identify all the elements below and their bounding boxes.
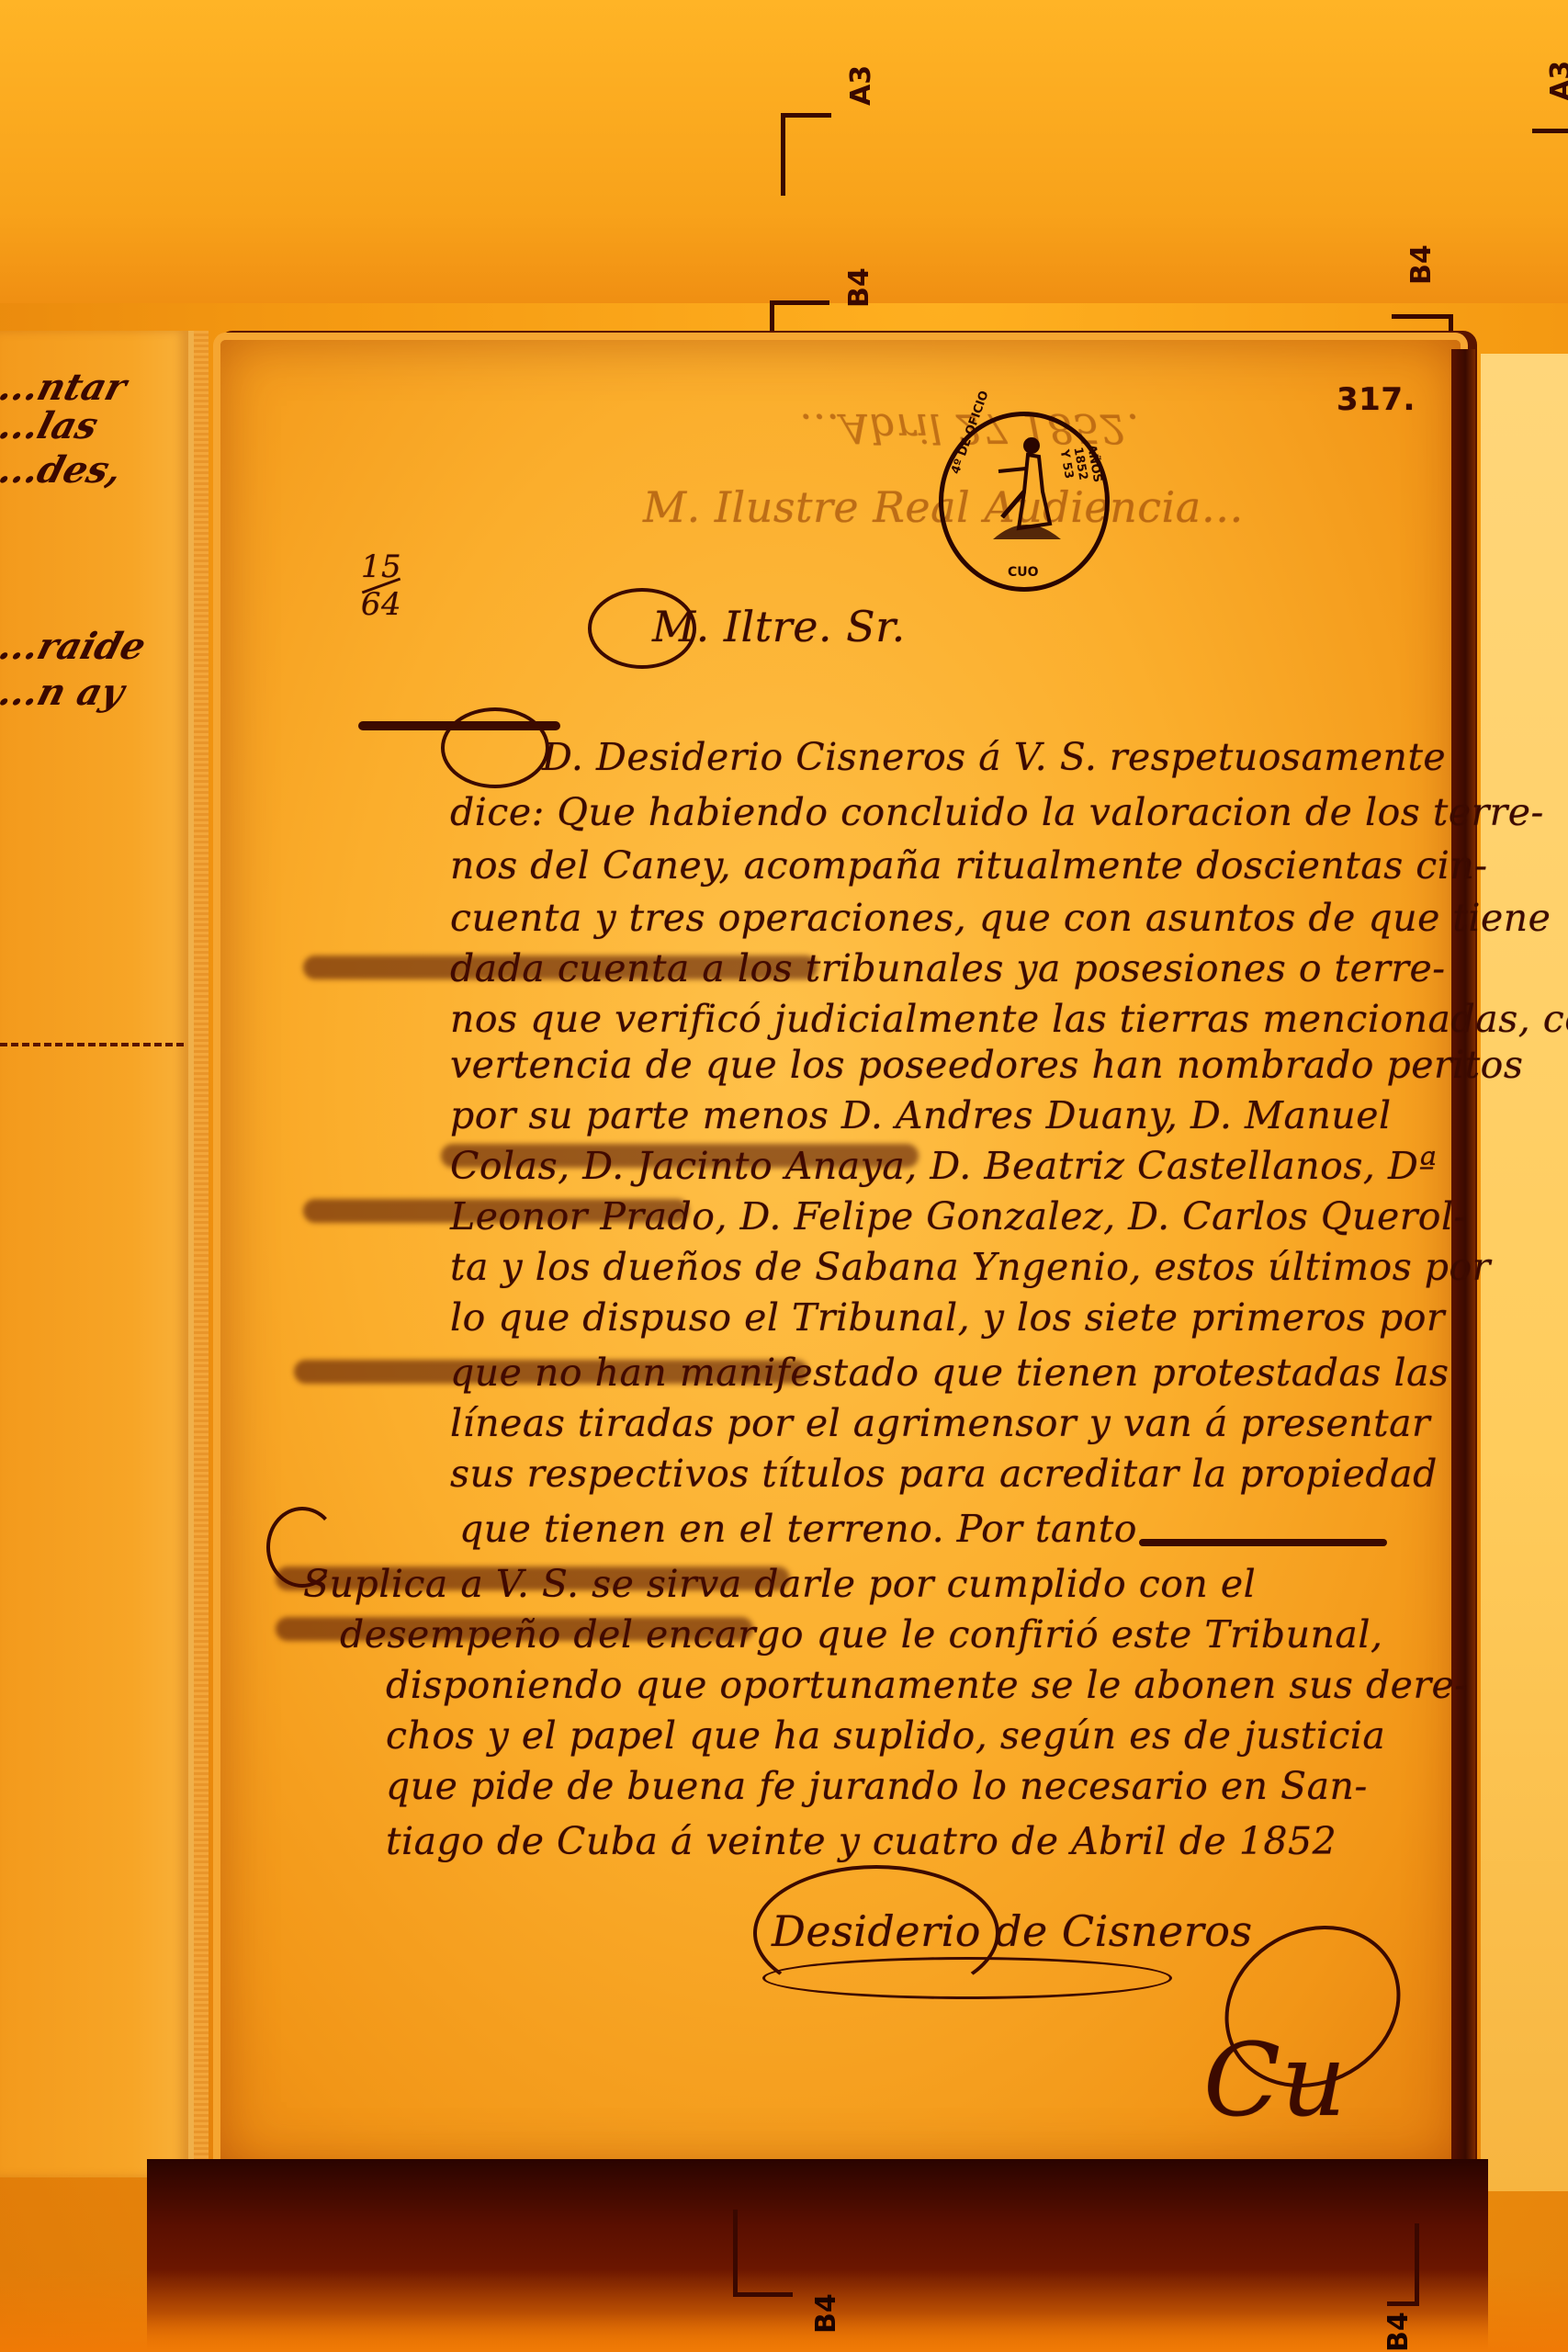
marker-label-b4-right: B4 (1405, 244, 1438, 285)
rubric: Cu (1203, 2021, 1347, 2139)
ink-bleed (441, 1144, 919, 1168)
body-line: que tienen en el terreno. Por tanto (459, 1507, 1137, 1551)
left-page-fragment: ...des, (0, 448, 127, 492)
body-line: chos y el papel que ha suplido, según es… (386, 1713, 1385, 1758)
opening-initial-flourish (441, 707, 549, 788)
photo-stage: A3 B4 A3 B4 ...ntar ...las ...des, ...ra… (0, 0, 1568, 2352)
body-line: dice: Que habiendo concluido la valoraci… (450, 790, 1544, 834)
opening-stroke (358, 721, 560, 730)
body-line: cuenta y tres operaciones, que con asunt… (450, 896, 1551, 940)
body-line: nos que verificó judicialmente las tierr… (450, 997, 1568, 1041)
marker-label-a3-right: A3 (1545, 61, 1568, 101)
facing-page-edge (194, 331, 209, 2177)
marker-bracket-bottom-left (733, 2210, 793, 2297)
body-line: ta y los dueños de Sabana Yngenio, estos… (450, 1245, 1491, 1289)
body-line: líneas tiradas por el agrimensor y van á… (450, 1401, 1430, 1445)
signature: Desiderio de Cisneros (772, 1906, 1253, 1956)
facing-page-left (0, 331, 194, 2177)
left-page-fragment: ...raide (0, 625, 151, 668)
body-line: vertencia de que los poseedores han nomb… (450, 1043, 1523, 1087)
marker-label-b4-bottom-left: B4 (810, 2293, 842, 2334)
salutation: M. Iltre. Sr. (652, 602, 906, 651)
ink-bleed (276, 1617, 753, 1641)
body-line: tiago de Cuba á veinte y cuatro de Abril… (386, 1819, 1337, 1863)
stamp-right-text: AÑOS 1852 Y 53 (1057, 444, 1104, 489)
left-page-fragment: ...n ay (0, 671, 129, 714)
marker-label-b4-center: B4 (843, 267, 875, 308)
ink-bleed (303, 955, 818, 979)
ink-bleed (276, 1566, 790, 1590)
page-number: 317. (1337, 381, 1416, 418)
body-line: sus respectivos títulos para acreditar l… (450, 1452, 1438, 1496)
body-line: que pide de buena fe jurando lo necesari… (386, 1764, 1368, 1808)
left-page-fragment: ...las (0, 404, 103, 447)
por-tanto-stroke (1139, 1539, 1387, 1546)
marker-bracket-top-center (781, 113, 831, 196)
marker-bracket-top-right (1532, 129, 1568, 137)
seated-figure-icon (991, 436, 1063, 547)
marker-bracket-bottom-right (1387, 2223, 1419, 2306)
body-line: D. Desiderio Cisneros á V. S. respetuosa… (542, 735, 1446, 779)
signature-underline-flourish (762, 1957, 1172, 1999)
stamp-bottom-text: CUO (1008, 565, 1039, 580)
ink-bleed (303, 1199, 689, 1223)
body-line: disponiendo que oportunamente se le abon… (386, 1663, 1468, 1707)
body-line: lo que dispuso el Tribunal, y los siete … (450, 1295, 1445, 1340)
ink-bleed (294, 1360, 808, 1384)
folio-numerator: 15 (354, 551, 409, 582)
adjacent-sheet-right (1481, 354, 1568, 2191)
left-page-dashed-line (0, 1043, 184, 1046)
folio-fraction: 15 64 (354, 551, 409, 620)
official-seal-stamp: 4º DE OFICIO AÑOS 1852 Y 53 CUO (939, 412, 1110, 592)
body-line: nos del Caney, acompaña ritualmente dosc… (450, 843, 1488, 888)
left-page-fragment: ...ntar (0, 366, 131, 409)
body-line: por su parte menos D. Andres Duany, D. M… (450, 1093, 1392, 1137)
marker-label-b4-bottom-right: B4 (1382, 2312, 1415, 2352)
marker-label-a3-center: A3 (845, 65, 877, 106)
